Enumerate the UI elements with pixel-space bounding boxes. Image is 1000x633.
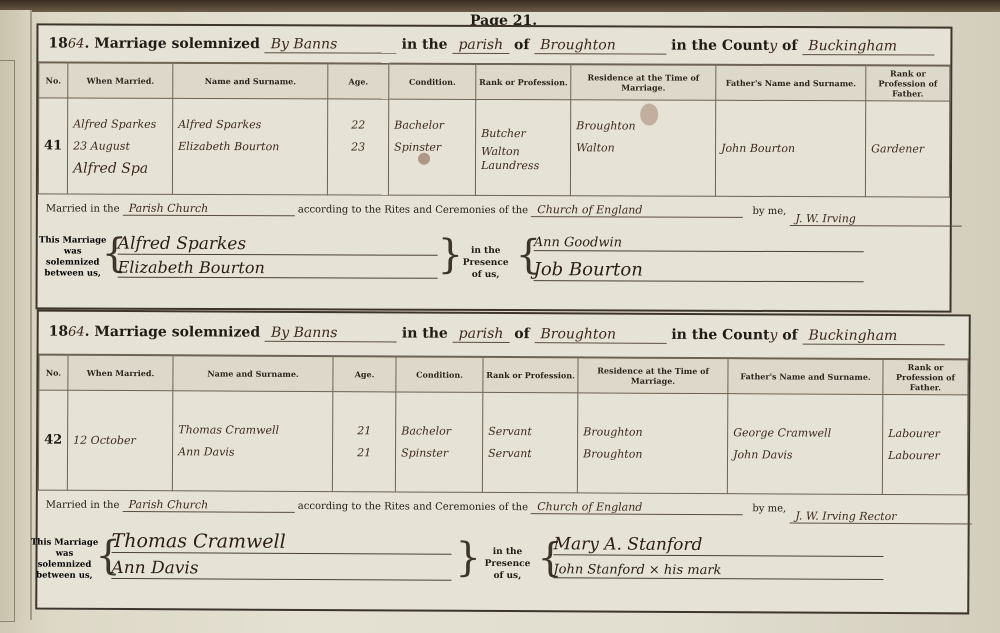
table-header: No. When Married. Name and Surname. Age.… [39, 355, 968, 395]
table-row: 42 12 October Thomas Cramwell Ann Davis … [38, 390, 968, 495]
fathers-names: George Cramwell John Davis [727, 394, 883, 495]
conditions: Bachelor Spinster [388, 99, 475, 195]
solemnized-by: By Banns [265, 36, 397, 53]
signature-bride: Elizabeth Bourton [118, 258, 438, 279]
married-in-line: Married in the Parish Church according t… [46, 201, 962, 218]
witness-2: John Stanford × his mark [553, 562, 883, 580]
conditions: Bachelor Spinster [395, 392, 483, 492]
signature-bride: Ann Davis [111, 558, 451, 581]
professions: Servant Servant [482, 392, 578, 492]
married-in-line: Married in the Parish Church according t… [46, 498, 972, 517]
church-name: Church of England [531, 203, 743, 218]
married-in-place: Parish Church [123, 202, 295, 217]
county-label: in the Count [671, 38, 769, 54]
fathers-professions: Gardener [865, 101, 949, 197]
year-suffix: 64 [68, 37, 85, 52]
officiant: J. W. Irving [789, 212, 961, 227]
parish-name: Broughton [534, 37, 666, 54]
entry-header: 1864. Marriage solemnized By Banns in th… [49, 324, 945, 346]
parish-name: Broughton [534, 326, 666, 344]
in-the-label: in the [402, 37, 448, 53]
when-married: 12 October [67, 390, 173, 491]
officiant: J. W. Irving Rector [789, 510, 971, 525]
residences: Broughton Broughton [577, 393, 728, 494]
witness-2: Job Bourton [534, 259, 864, 282]
ages: 22 23 [327, 99, 388, 195]
church-name: Church of England [531, 500, 743, 515]
register-table: No. When Married. Name and Surname. Age.… [38, 61, 950, 197]
solemnized-by: By Banns [265, 325, 397, 343]
fathers-names: John Bourton [715, 100, 865, 197]
signature-groom: Thomas Cramwell [112, 530, 452, 555]
year-prefix: 18 [48, 35, 68, 51]
table-header: No. When Married. Name and Surname. Age.… [39, 62, 950, 101]
presence-label: in the Presence of us, [456, 245, 516, 281]
of-label: of [514, 37, 529, 53]
county-name: Buckingham [802, 328, 944, 346]
witness-1: Ann Goodwin [534, 235, 864, 252]
place-type: parish [452, 37, 509, 54]
table-row: 41 Alfred Sparkes 23 August Alfred Spa A… [38, 98, 949, 197]
entry-number: 41 [38, 98, 67, 194]
names: Thomas Cramwell Ann Davis [172, 391, 333, 492]
professions: Butcher Walton Laundress [475, 99, 570, 195]
when-married: Alfred Sparkes 23 August Alfred Spa [68, 98, 173, 194]
entry-number: 42 [38, 390, 68, 490]
entry-header: 1864. Marriage solemnized By Banns in th… [48, 35, 934, 55]
register-page: Page 21. 1864. Marriage solemnized By Ba… [30, 5, 1000, 633]
names: Alfred Sparkes Elizabeth Bourton [172, 98, 327, 195]
county-name: Buckingham [802, 38, 934, 55]
ink-stain [418, 153, 430, 165]
signature-groom: Alfred Sparkes [118, 234, 438, 256]
marriage-entry-41: 1864. Marriage solemnized By Banns in th… [36, 23, 953, 312]
this-marriage-label: This Marriage was solemnized between us, [38, 235, 108, 279]
witness-1: Mary A. Stanford [554, 534, 884, 557]
presence-label: in the Presence of us, [477, 546, 537, 582]
married-in-place: Parish Church [123, 498, 295, 513]
left-page-edge [0, 10, 32, 620]
ages: 21 21 [332, 392, 396, 492]
this-marriage-label: This Marriage was solemnized between us, [29, 538, 99, 582]
solemnized-label: Marriage solemnized [94, 36, 260, 53]
register-table: No. When Married. Name and Surname. Age.… [38, 354, 969, 496]
marriage-entry-42: 1864. Marriage solemnized By Banns in th… [35, 310, 971, 615]
fathers-professions: Labourer Labourer [882, 394, 967, 494]
ink-stain [640, 104, 658, 126]
